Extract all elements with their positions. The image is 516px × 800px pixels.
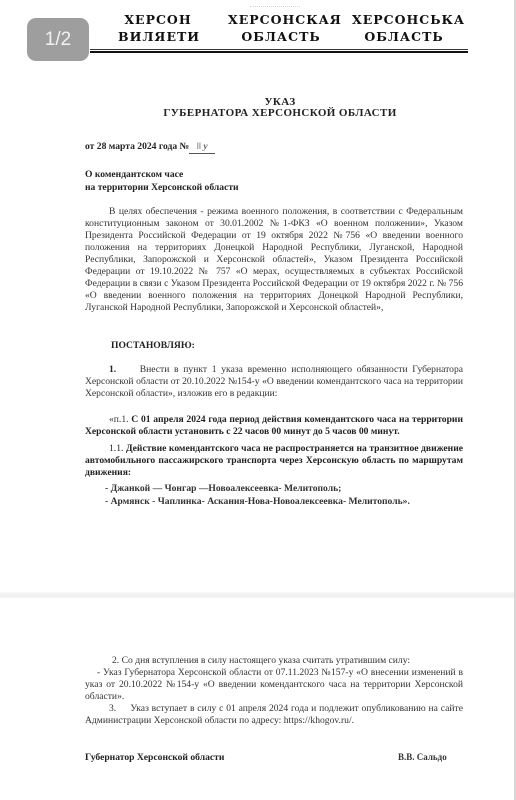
page-1: ХЕРСОН ВИЛЯЕТИ ХЕРСОНСКАЯ ОБЛАСТЬ ХЕРСОН… <box>0 0 514 594</box>
intro-paragraph: В целях обеспечения - режима военного по… <box>85 206 463 314</box>
document-viewer: ХЕРСОН ВИЛЯЕТИ ХЕРСОНСКАЯ ОБЛАСТЬ ХЕРСОН… <box>0 0 516 800</box>
decree-issuer: ГУБЕРНАТОРА ХЕРСОНСКОЙ ОБЛАСТИ <box>60 107 500 119</box>
decree-subject: О комендантском часе на территории Херсо… <box>85 169 463 194</box>
item-2: 2. Со дня вступления в силу настоящего у… <box>112 655 472 667</box>
page-indicator: 1/2 <box>27 18 89 61</box>
route-item: - Джанкой — Чонгар —Новоалексеевка- Мели… <box>105 483 341 495</box>
letterhead-divider-thin <box>90 49 468 50</box>
letterhead-crimean-tatar: ХЕРСОН ВИЛЯЕТИ <box>118 11 198 45</box>
letterhead-divider-thick <box>90 51 468 53</box>
item-1-quote: «п.1. С 01 апреля 2024 года период дейст… <box>85 414 463 438</box>
signature-name: В.В. Сальдо <box>398 752 447 762</box>
coat-of-arms-emblem <box>250 0 300 7</box>
letterhead-ukrainian: ХЕРСОНСЬКА ОБЛАСТЬ <box>352 11 456 45</box>
handwritten-number: ǀǀ y <box>189 141 215 154</box>
item-3: 3. Указ вступает в силу с 01 апреля 2024… <box>85 703 463 727</box>
resolve-heading: ПОСТАНОВЛЯЮ: <box>111 340 489 352</box>
item-2-sub: - Указ Губернатора Херсонской области от… <box>85 667 463 703</box>
route-item: - Армянск - Чаплинка- Аскания-Нова-Новоа… <box>105 496 410 508</box>
item-1-1: 1.1. Действие комендантского часа не рас… <box>85 443 463 479</box>
decree-date-line: от 28 марта 2024 года №ǀǀ y <box>85 141 463 154</box>
item-1: 1. Внести в пункт 1 указа временно испол… <box>85 364 463 400</box>
letterhead-russian: ХЕРСОНСКАЯ ОБЛАСТЬ <box>228 11 334 45</box>
